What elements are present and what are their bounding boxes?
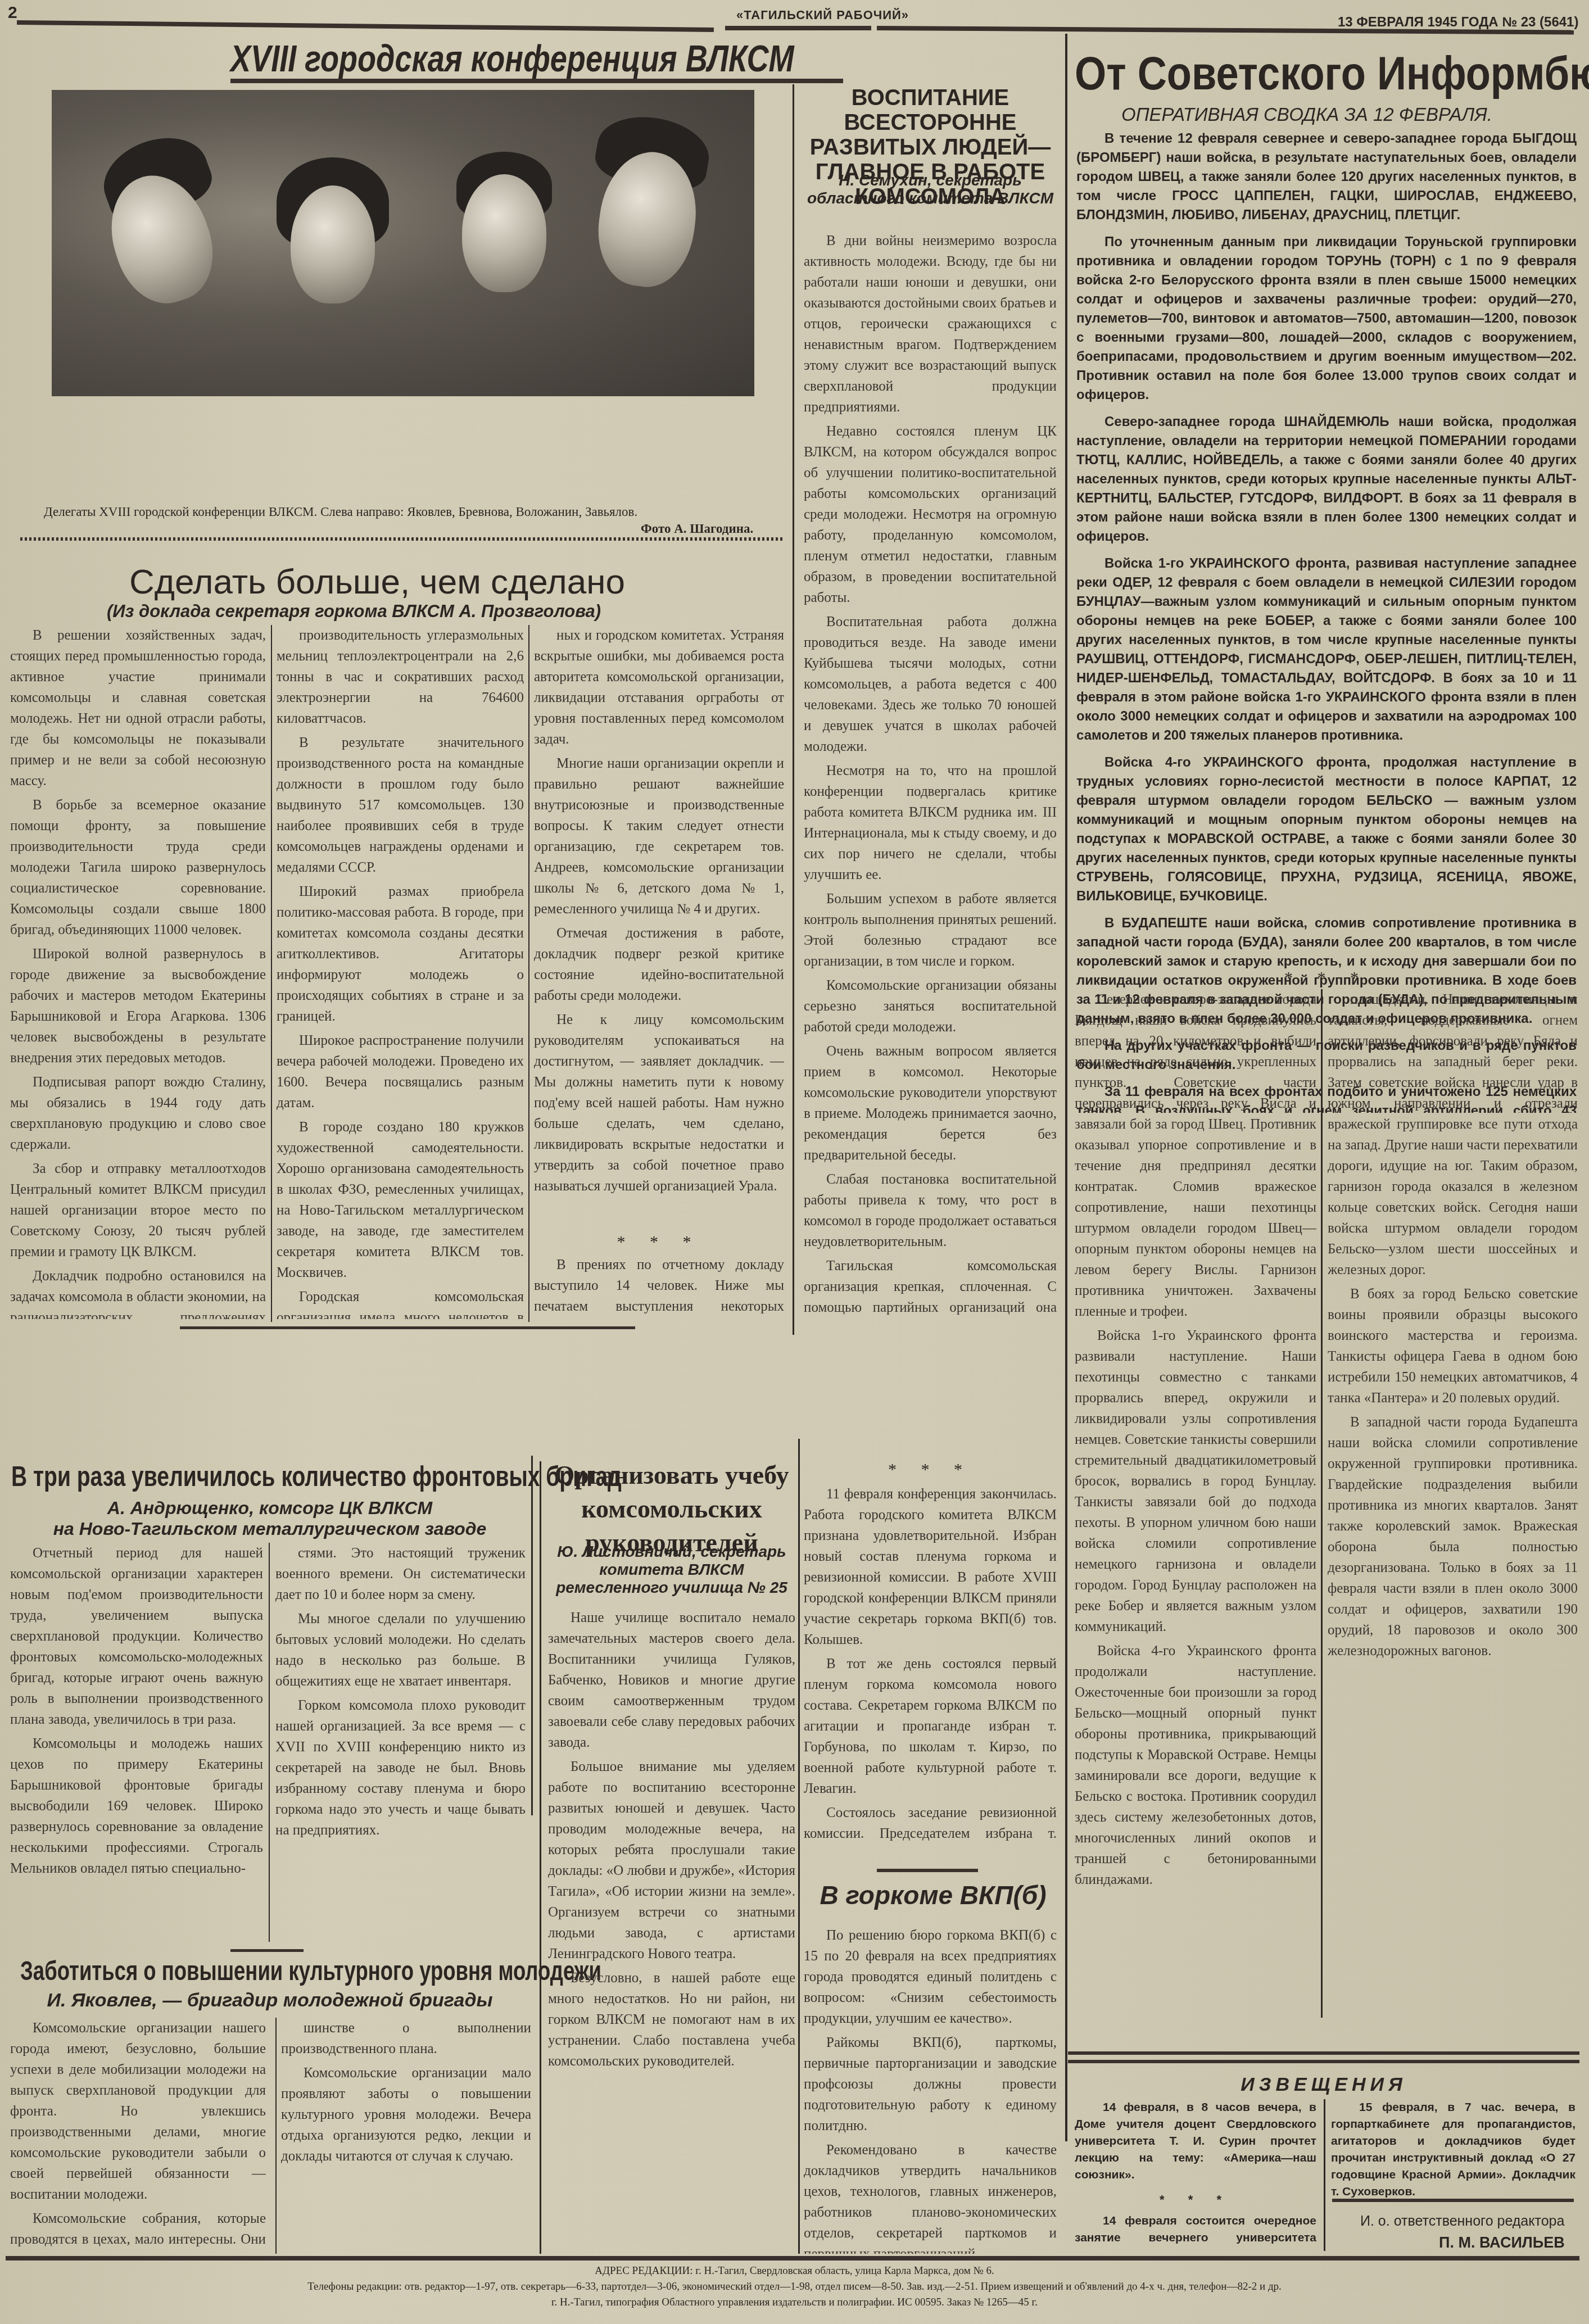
study-byline: Ю. Листовничий, секретарь комитета ВЛКСМ… <box>545 1543 798 1597</box>
culture-body-col1: Комсомольские организации нашего города … <box>10 2018 266 2254</box>
paragraph: По уточненным данным при ликвидации Тору… <box>1076 233 1577 405</box>
paragraph: Северо-западнее города ШНАЙДЕМЮЛЬ наши в… <box>1076 413 1577 546</box>
gorkom-body: По решению бюро горкома ВКП(б) с 15 по 2… <box>804 1925 1057 2254</box>
notice-item: 15 февраля, в 7 час. вечера, в горпартка… <box>1331 2099 1576 2200</box>
paragraph: Войска 4-го УКРАИНСКОГО фронта, продолжа… <box>1076 753 1577 906</box>
brigades-right-border <box>531 1456 533 1815</box>
gorkom-top-rule <box>877 1869 978 1872</box>
culture-top-rule <box>230 1949 304 1952</box>
paragraph: Отчетный период для нашей комсомольской … <box>10 1543 263 1730</box>
paragraph: 11 февраля конференция закончилась. Рабо… <box>804 1484 1057 1650</box>
paragraph: Комсомольские организации обязаны серьез… <box>804 975 1057 1038</box>
paragraph: Широкой волной развернулось в городе дви… <box>10 944 266 1068</box>
paragraph: В решении хозяйственных задач, стоящих п… <box>10 625 266 791</box>
notice-item: 14 февраля состоится очередное занятие в… <box>1075 2213 1316 2251</box>
paragraph: Состоялось заседание ревизионной комисси… <box>804 1802 1057 1849</box>
sovinformburo-stars: * * * <box>1076 968 1577 987</box>
editor-title: И. о. ответственного редактора <box>1360 2213 1564 2230</box>
photo-divider <box>20 537 785 541</box>
paragraph: Большим успехом в работе является контро… <box>804 889 1057 972</box>
sovinformburo-details-col2: площадками. Наши пехотинцы и танкисты, п… <box>1328 989 1578 2012</box>
notices-title: ИЗВЕЩЕНИЯ <box>1068 2074 1579 2096</box>
sovinformburo-title: От Советского Информбюро <box>1075 46 1589 101</box>
paragraph: В боях за город Бельско советские воины … <box>1328 1284 1578 1408</box>
upbringing-left-border <box>793 84 794 1335</box>
sovinformburo-details-col1: Севернее и северо-западнее города Быгдощ… <box>1075 989 1316 2012</box>
notices-rule-1 <box>1068 2051 1579 2055</box>
paragraph: ных и городском комитетах. Устраняя вскр… <box>534 625 784 750</box>
paragraph: Слабая постановка воспитательной работы … <box>804 1169 1057 1252</box>
issue-date: 13 ФЕВРАЛЯ 1945 ГОДА № 23 (5641) <box>1338 15 1578 30</box>
paragraph: За сбор и отправку металлоотходов Центра… <box>10 1158 266 1262</box>
brigades-byline-2: на Ново-Тагильском металлургическом заво… <box>11 1519 528 1539</box>
footer-printer: г. Н.-Тагил, типография Областного управ… <box>0 2296 1589 2309</box>
more-stars-separator: * * * <box>534 1233 784 1252</box>
culture-body-col2: шинстве о выполнении производственного п… <box>281 2018 531 2254</box>
upbringing-byline: Н. Семухин, секретарь областного комитет… <box>801 171 1060 207</box>
notices-stars: * * * <box>1075 2191 1316 2208</box>
paragraph: Комсомольские организации нашего города … <box>10 2018 266 2205</box>
photo-person-2-face <box>291 185 375 303</box>
brigades-body-col1: Отчетный период для нашей комсомольской … <box>10 1543 263 1942</box>
notices-rule-2 <box>1068 2060 1579 2063</box>
photo-credit: Фото А. Шагодина. <box>641 522 753 536</box>
brigades-byline-1: А. Андрющенко, комсорг ЦК ВЛКСМ <box>11 1498 528 1519</box>
upbringing-body: В дни войны неизмеримо возросла активнос… <box>804 230 1057 1315</box>
paragraph: шинстве о выполнении производственного п… <box>281 2018 531 2059</box>
newspaper-page: 2 «ТАГИЛЬСКИЙ РАБОЧИЙ» 13 ФЕВРАЛЯ 1945 Г… <box>0 0 1589 2324</box>
paragraph: В тот же день состоялся первый пленум го… <box>804 1653 1057 1799</box>
more-body-col1: В решении хозяйственных задач, стоящих п… <box>10 625 266 1319</box>
paragraph: Тагильская комсомольская организация кре… <box>804 1256 1057 1315</box>
paragraph: Горком комсомола плохо руководит нашей о… <box>275 1695 526 1841</box>
masthead-rule-mid <box>725 26 871 30</box>
page-number: 2 <box>8 3 17 22</box>
footer-address: АДРЕС РЕДАКЦИИ: г. Н.-Тагил, Свердловска… <box>0 2265 1589 2277</box>
paragraph: Наше училище воспитало немало замечатель… <box>548 1607 795 1753</box>
paragraph: Райкомы ВКП(б), парткомы, первичные парт… <box>804 2032 1057 2136</box>
more-headline: Сделать больше, чем сделано <box>129 562 625 602</box>
culture-divider <box>275 2018 277 2254</box>
notices-divider <box>1324 2099 1325 2251</box>
study-body: Наше училище воспитало немало замечатель… <box>548 1607 795 2254</box>
paragraph: Войска 4-го Украинского фронта продолжал… <box>1075 1641 1316 1890</box>
paragraph: В западной части города Будапешта наши в… <box>1328 1412 1578 1661</box>
paragraph: Отмечая достижения в работе, докладчик п… <box>534 923 784 1006</box>
paragraph: Войска 1-го УКРАИНСКОГО фронта, развивая… <box>1076 554 1577 745</box>
photo-caption: Делегаты XVIII городской конференции ВЛК… <box>44 505 786 519</box>
paragraph: производительность углеразмольных мельни… <box>277 625 524 729</box>
paragraph: Городская комсомольская организация имел… <box>277 1286 524 1319</box>
paragraph: стями. Это настоящий труженик военного в… <box>275 1543 526 1605</box>
more-debate-note: В прениях по отчетному докладу выступило… <box>534 1254 784 1319</box>
conference-section-title: XVIII городская конференция ВЛКСМ <box>230 37 794 80</box>
paragraph: Несмотря на то, что на прошлой конференц… <box>804 760 1057 885</box>
more-subheadline: (Из доклада секретаря горкома ВЛКСМ А. П… <box>107 601 601 622</box>
more-body-col3: ных и городском комитетах. Устраняя вскр… <box>534 625 784 1221</box>
paragraph: Комсомольские собрания, которые проводят… <box>10 2208 266 2254</box>
editor-rule <box>1332 2199 1574 2202</box>
paragraph: Комсомольские организации мало проявляют… <box>281 2063 531 2167</box>
paragraph: В городе создано 180 кружков художествен… <box>277 1117 524 1283</box>
paragraph: В дни войны неизмеримо возросла активнос… <box>804 230 1057 418</box>
editor-name: П. М. ВАСИЛЬЕВ <box>1439 2234 1565 2251</box>
more-divider-2 <box>528 625 529 1322</box>
newspaper-name: «ТАГИЛЬСКИЙ РАБОЧИЙ» <box>736 8 909 22</box>
paragraph: Большое внимание мы уделяем работе по во… <box>548 1756 795 1964</box>
culture-headline: Заботиться о повышении культурного уровн… <box>20 1956 601 1987</box>
photo-person-3-face <box>462 174 546 292</box>
more-divider-1 <box>271 625 272 1322</box>
brigades-headline: В три раза увеличилось количество фронто… <box>11 1460 622 1493</box>
paragraph: В течение 12 февраля севернее и северо-з… <box>1076 129 1577 225</box>
more-bottom-rule <box>180 1326 635 1329</box>
paragraph: Безусловно, в нашей работе еще много нед… <box>548 1968 795 2072</box>
paragraph: Комсомольцы и молодежь наших цехов по пр… <box>10 1733 263 1879</box>
paragraph: Не к лицу комсомольским руководителям ус… <box>534 1009 784 1197</box>
paragraph: Рекомендовано в качестве докладчиков утв… <box>804 2140 1057 2254</box>
sovinformburo-subtitle: ОПЕРАТИВНАЯ СВОДКА ЗА 12 ФЕВРАЛЯ. <box>1121 104 1492 125</box>
paragraph: Очень важным вопросом является прием в к… <box>804 1041 1057 1166</box>
paragraph: Воспитательная работа должна проводиться… <box>804 611 1057 757</box>
culture-byline: И. Яковлев, — бригадир молодежной бригад… <box>11 1990 528 2012</box>
paragraph: Широкий размах приобрела политико-массов… <box>277 881 524 1027</box>
footer-rule <box>6 2256 1579 2260</box>
more-body-col2: производительность углеразмольных мельни… <box>277 625 524 1319</box>
debate-note-text: В прениях по отчетному докладу выступило… <box>534 1254 784 1319</box>
notices-col1: 14 февраля, в 8 часов вечера, в Доме учи… <box>1075 2099 1316 2251</box>
brigades-divider <box>269 1543 270 1942</box>
paragraph: Недавно состоялся пленум ЦК ВЛКСМ, на ко… <box>804 421 1057 608</box>
paragraph: Широкое распространение получили вечера … <box>277 1030 524 1113</box>
paragraph: Севернее и северо-западнее города Быгдощ… <box>1075 989 1316 1322</box>
sovinformburo-summary: В течение 12 февраля севернее и северо-з… <box>1076 129 1577 1113</box>
column-divider-main <box>1065 34 1067 2141</box>
study-left-border <box>540 1461 541 2254</box>
paragraph: Подписывая рапорт вождю Сталину, мы обяз… <box>10 1072 266 1155</box>
paragraph: Мы многое сделали по улучшению бытовых у… <box>275 1609 526 1692</box>
paragraph: площадками. Наши пехотинцы и танкисты, п… <box>1328 989 1578 1280</box>
sovinformburo-details-divider <box>1321 989 1323 2018</box>
conclusion-body: 11 февраля конференция закончилась. Рабо… <box>804 1484 1057 1849</box>
paragraph: Многие наши организации окрепли и правил… <box>534 753 784 919</box>
masthead-rule-left <box>17 20 714 32</box>
paragraph: По решению бюро горкома ВКП(б) с 15 по 2… <box>804 1925 1057 2029</box>
conclusion-stars: * * * <box>804 1460 1057 1479</box>
paragraph: В борьбе за всемерное оказание помощи фр… <box>10 795 266 940</box>
notice-item: 14 февраля, в 8 часов вечера, в Доме учи… <box>1075 2099 1316 2183</box>
conference-title-underline <box>230 79 843 83</box>
paragraph: Войска 1-го Украинского фронта развивали… <box>1075 1325 1316 1637</box>
gorkom-headline: В горкоме ВКП(б) <box>809 1880 1057 1910</box>
conclusion-left-border <box>798 1439 800 2254</box>
paragraph: В результате значительного производствен… <box>277 732 524 878</box>
footer-phones: Телефоны редакции: отв. редактор—1-97, о… <box>0 2281 1589 2293</box>
paragraph: Докладчик подробно остановился на задача… <box>10 1266 266 1319</box>
brigades-body-col2: стями. Это настоящий труженик военного в… <box>275 1543 526 1942</box>
notices-col2: 15 февраля, в 7 час. вечера, в горпартка… <box>1331 2099 1576 2206</box>
delegates-photo <box>52 90 754 396</box>
